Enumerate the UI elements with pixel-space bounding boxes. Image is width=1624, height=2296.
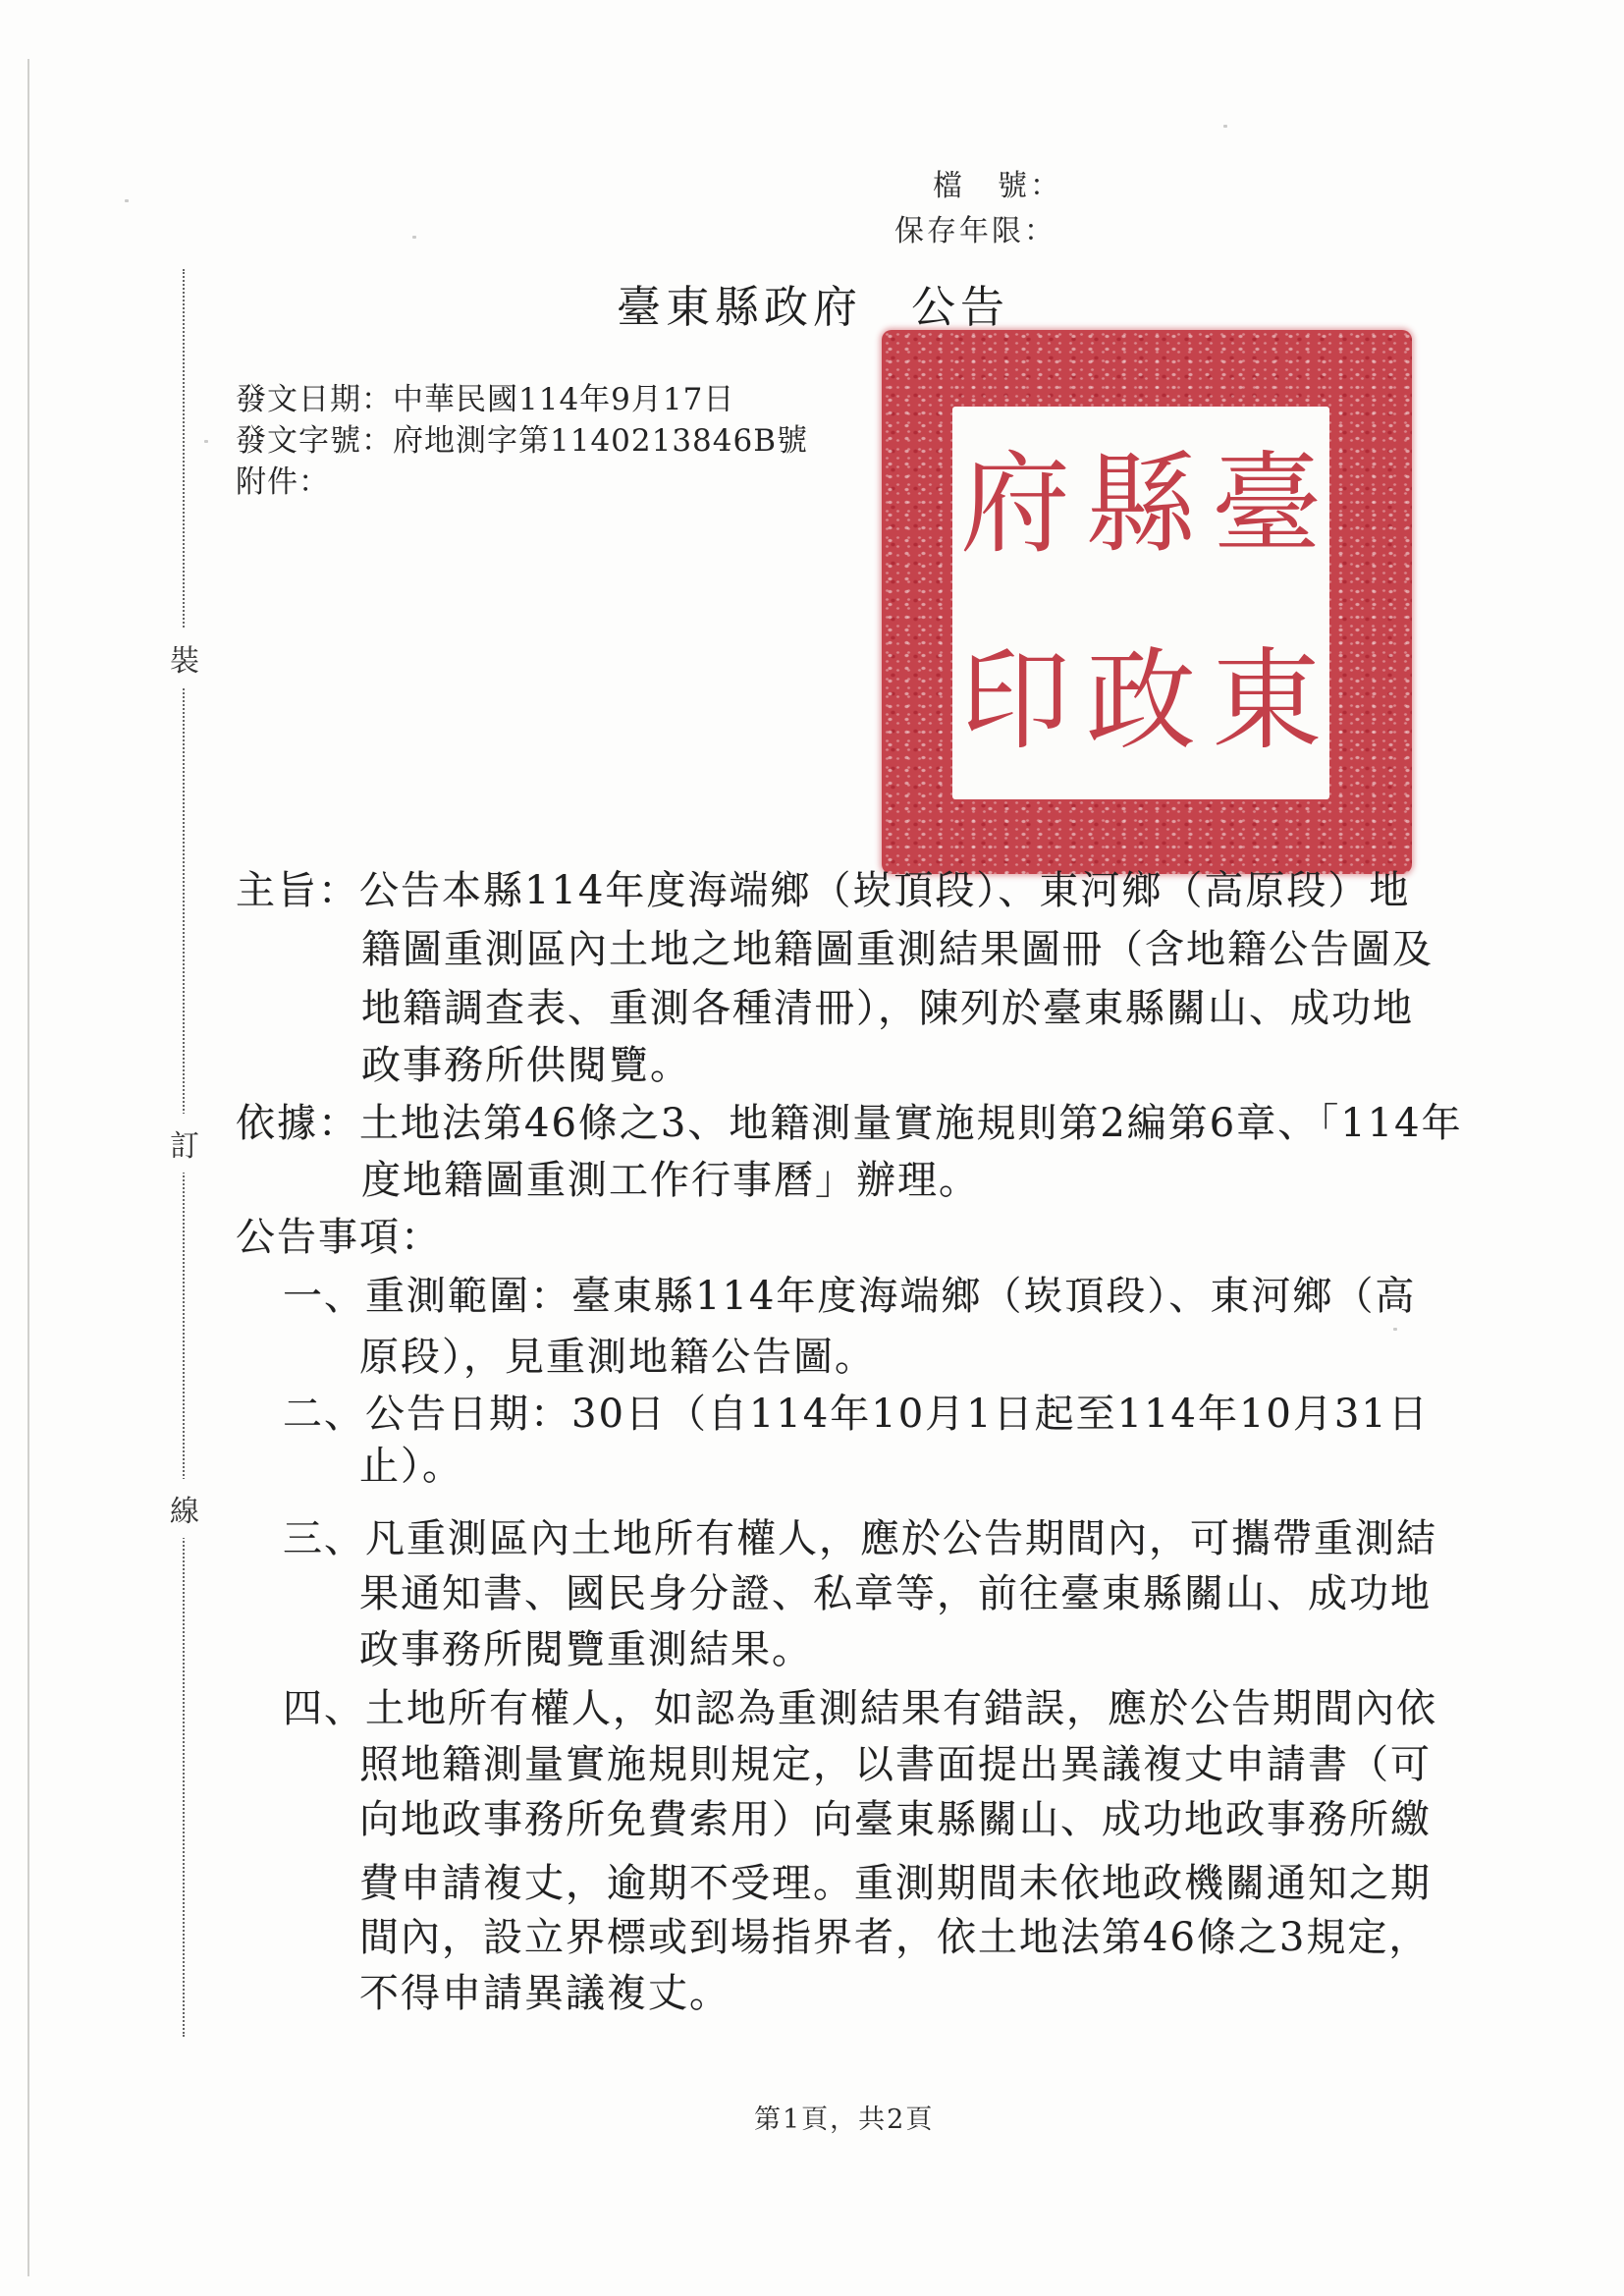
body-line: 度地籍圖重測工作行事曆」辦理。 <box>361 1149 980 1205</box>
body-line: 止）。 <box>359 1435 463 1491</box>
body-line: 照地籍測量實施規則規定，以書面提出異議複丈申請書（可 <box>359 1733 1432 1789</box>
seal-character: 臺 <box>1204 407 1329 603</box>
body-line: 二、公告日期：30日（自114年10月1日起至114年10月31日 <box>283 1383 1430 1439</box>
body-line: 公告事項： <box>236 1206 442 1262</box>
body-line: 三、凡重測區內土地所有權人，應於公告期間內，可攜帶重測結 <box>283 1507 1437 1563</box>
body-line: 一、重測範圍：臺東縣114年度海端鄉（崁頂段）、東河鄉（高 <box>283 1265 1416 1321</box>
body-line: 政事務所供閱覽。 <box>361 1034 691 1090</box>
scan-speck <box>125 199 129 202</box>
body-line: 籍圖重測區內土地之地籍圖重測結果圖冊（含地籍公告圖及 <box>361 918 1434 974</box>
scan-speck <box>1223 125 1227 128</box>
scan-speck <box>412 236 416 239</box>
body-line: 果通知書、國民身分證、私章等，前往臺東縣關山、成功地 <box>359 1562 1432 1618</box>
binding-mark: 訂 <box>167 1114 202 1173</box>
body-line: 不得申請異議複丈。 <box>359 1962 731 2018</box>
body-line: 依據：土地法第46條之3、地籍測量實施規則第2編第6章、「114年 <box>236 1092 1463 1148</box>
body-line: 政事務所閱覽重測結果。 <box>359 1618 813 1674</box>
attachment-line: 附件： <box>236 457 330 501</box>
retention-period-label: 保存年限： <box>894 206 1056 249</box>
scan-speck <box>1393 1328 1397 1331</box>
seal-inner-area: 臺縣府東政印 <box>952 407 1329 799</box>
file-number-label: 檔 號： <box>933 161 1062 204</box>
seal-character: 東 <box>1204 603 1329 799</box>
body-line: 向地政事務所免費索用）向臺東縣關山、成功地政事務所繳 <box>359 1788 1432 1844</box>
document-title: 臺東縣政府 公告 <box>617 271 1009 335</box>
reference-number-line: 發文字號：府地測字第1140213846B號 <box>236 415 808 460</box>
binding-mark: 線 <box>167 1479 202 1538</box>
body-line: 四、土地所有權人，如認為重測結果有錯誤，應於公告期間內依 <box>283 1677 1437 1733</box>
body-line: 地籍調查表、重測各種清冊），陳列於臺東縣關山、成功地 <box>361 977 1414 1033</box>
seal-character: 印 <box>952 603 1078 799</box>
official-red-seal: 臺縣府東政印 <box>882 330 1412 874</box>
binding-mark: 裝 <box>167 629 202 687</box>
scanned-announcement-page: 檔 號： 保存年限： 臺東縣政府 公告 發文日期：中華民國114年9月17日 發… <box>0 0 1624 2296</box>
body-line: 主旨：公告本縣114年度海端鄉（崁頂段）、東河鄉（高原段）地 <box>236 859 1410 915</box>
scan-edge-artifact <box>27 59 29 2276</box>
body-line: 間內，設立界標或到場指界者，依土地法第46條之3規定， <box>359 1906 1430 1962</box>
body-line: 原段），見重測地籍公告圖。 <box>359 1326 876 1382</box>
page-number-footer: 第1頁，共2頁 <box>754 2098 934 2136</box>
seal-character: 府 <box>952 407 1078 603</box>
body-line: 費申請複丈，逾期不受理。重測期間未依地政機關通知之期 <box>359 1852 1432 1908</box>
seal-character: 政 <box>1078 603 1204 799</box>
seal-character: 縣 <box>1078 407 1204 603</box>
issue-date-line: 發文日期：中華民國114年9月17日 <box>236 374 734 418</box>
scan-speck <box>204 440 208 443</box>
